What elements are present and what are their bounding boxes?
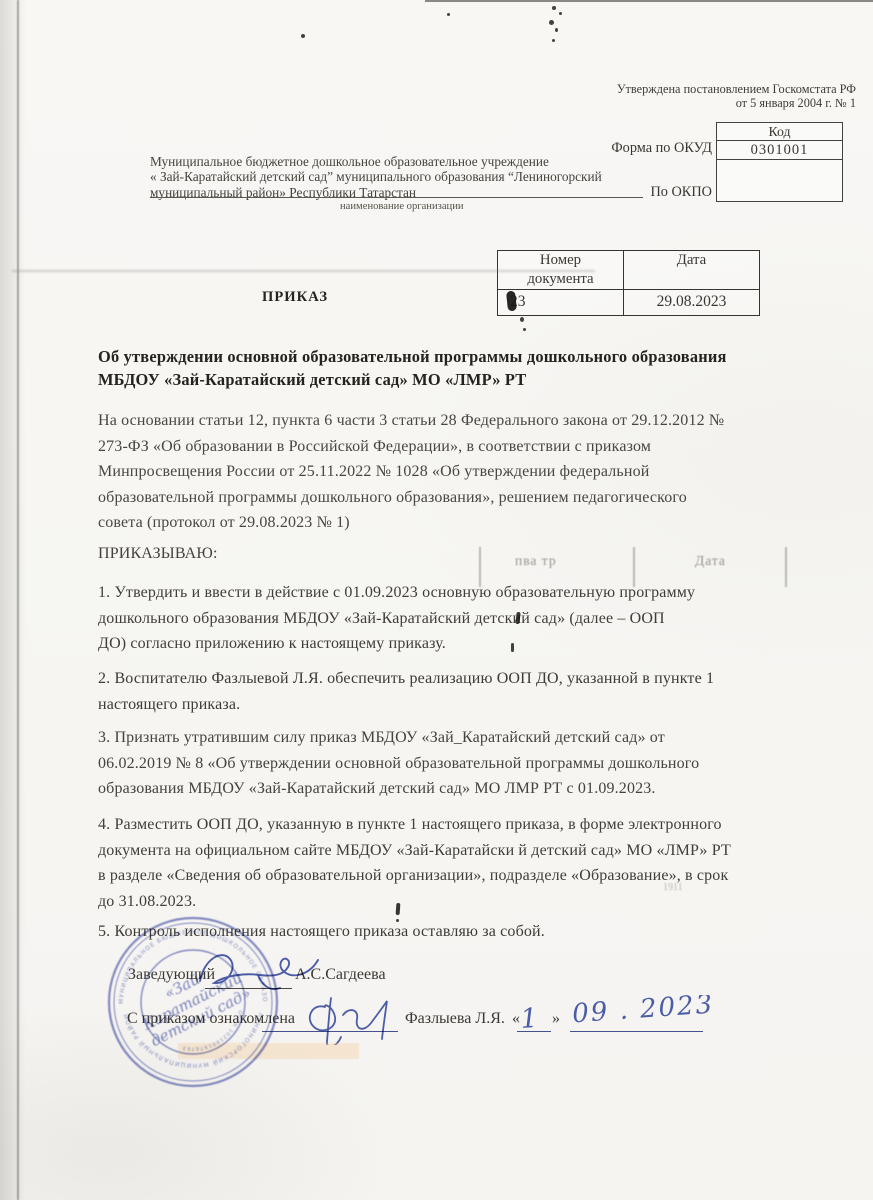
- okpo-code-cell: [717, 160, 842, 201]
- scan-edge-shading: [0, 0, 26, 1200]
- order-title-line: Об утверждении основной образовательной …: [98, 345, 828, 368]
- order-title-line: МБДОУ «Зай-Каратайский детский сад» МО «…: [98, 368, 828, 391]
- preamble-line: совета (протокол от 29.08.2023 № 1): [98, 510, 828, 536]
- organization-line: « Зай-Каратайский детский сад” муниципал…: [150, 169, 650, 184]
- order-date-header-cell: Дата: [624, 251, 759, 289]
- item-line: документа на официальном сайте МБДОУ «За…: [98, 838, 828, 864]
- official-round-stamp: МУНИЦИПАЛЬНОЕ БЮДЖЕТНОЕ ДОШКОЛЬНОЕ ОБРАЗ…: [103, 912, 283, 1092]
- order-heading: ПРИКАЗ: [262, 289, 328, 306]
- order-item-4: 4. Разместить ООП ДО, указанную в пункте…: [98, 812, 828, 914]
- acknowledged-name: Фазлыева Л.Я.: [405, 1010, 505, 1028]
- order-table-value-row: 23 29.08.2023: [498, 290, 759, 315]
- ink-speck: [555, 28, 558, 32]
- order-number-value: 23: [498, 290, 624, 315]
- order-item-2: 2. Воспитателю Фазлыевой Л.Я. обеспечить…: [98, 666, 828, 717]
- order-number-date-table: Номер документа Дата 23 29.08.2023: [497, 250, 760, 316]
- organization-underline: [150, 197, 643, 198]
- preamble-paragraph: На основании статьи 12, пункта 6 части 3…: [98, 408, 828, 536]
- ink-speck: [301, 34, 305, 38]
- ink-blot: [506, 291, 517, 312]
- scan-top-edge: [425, 0, 873, 2]
- handwritten-date-ink: 1 09 . 2023: [515, 995, 715, 1037]
- item-line: ДО) согласно приложению к настоящему при…: [98, 631, 828, 657]
- scan-streak: [12, 270, 595, 272]
- item-line: 4. Разместить ООП ДО, указанную в пункте…: [98, 812, 828, 838]
- ghost-text-small: 1911: [663, 882, 683, 893]
- ink-speck: [447, 13, 450, 16]
- scan-edge-line: [17, 0, 19, 1200]
- approval-line: от 5 января 2004 г. № 1: [500, 96, 856, 110]
- ink-mark: [396, 903, 401, 915]
- ghost-table-line: [633, 547, 635, 587]
- handwritten-day: 1: [519, 1003, 538, 1035]
- item-line: в разделе «Сведения об образовательной о…: [98, 863, 828, 889]
- approval-note: Утверждена постановлением Госкомстата РФ…: [500, 82, 856, 110]
- handwritten-month-year: 09 . 2023: [571, 995, 715, 1029]
- acknowledgement-signature-ink: [295, 993, 405, 1045]
- item-line: образования МБДОУ «Зай-Каратайский детск…: [98, 776, 828, 802]
- document-page: Утверждена постановлением Госкомстата РФ…: [0, 0, 873, 1200]
- preamble-line: На основании статьи 12, пункта 6 части 3…: [98, 408, 828, 434]
- organization-line: Муниципальное бюджетное дошкольное образ…: [150, 154, 650, 169]
- ink-speck: [520, 317, 524, 322]
- order-item-3: 3. Признать утратившим силу приказ МБДОУ…: [98, 725, 828, 802]
- item-line: 3. Признать утратившим силу приказ МБДОУ…: [98, 725, 828, 751]
- okud-code-value: 0301001: [717, 141, 842, 160]
- ghost-text: Дата: [695, 553, 726, 569]
- ink-speck: [396, 919, 399, 922]
- okpo-label: По ОКПО: [650, 184, 712, 201]
- item-line: 2. Воспитателю Фазлыевой Л.Я. обеспечить…: [98, 666, 828, 692]
- order-date-header: Дата: [624, 251, 759, 270]
- ink-speck: [549, 20, 554, 25]
- resolution-heading: ПРИКАЗЫВАЮ:: [98, 541, 398, 567]
- code-table: Код 0301001: [716, 122, 843, 202]
- item-line: 06.02.2019 № 8 «Об утверждении основной …: [98, 751, 828, 777]
- organization-caption: наименование организации: [340, 201, 464, 212]
- preamble-line: образовательной программы дошкольного об…: [98, 485, 828, 511]
- item-line: до 31.08.2023.: [98, 889, 828, 915]
- order-title: Об утверждении основной образовательной …: [98, 345, 828, 391]
- ghost-table-line: [479, 547, 481, 587]
- approval-line: Утверждена постановлением Госкомстата РФ: [500, 82, 856, 96]
- ink-speck: [552, 6, 556, 10]
- code-table-header: Код: [717, 123, 842, 141]
- item-line: дошкольного образования МБДОУ «Зай-Карат…: [98, 606, 828, 632]
- preamble-line: Минпросвещения России от 25.11.2022 № 10…: [98, 459, 828, 485]
- ink-mark: [511, 643, 514, 652]
- order-item-1: 1. Утвердить и ввести в действие с 01.09…: [98, 580, 828, 657]
- ink-speck: [552, 39, 555, 42]
- ink-speck: [559, 12, 562, 15]
- ink-speck: [523, 328, 526, 331]
- ghost-text: пва тр: [515, 553, 557, 569]
- ghost-table-line: [785, 547, 787, 587]
- item-line: настоящего приказа.: [98, 692, 828, 718]
- preamble-line: 273-ФЗ «Об образовании в Российской Феде…: [98, 434, 828, 460]
- order-date-value: 29.08.2023: [624, 290, 759, 315]
- item-line: 1. Утвердить и ввести в действие с 01.09…: [98, 580, 828, 606]
- organization-name: Муниципальное бюджетное дошкольное образ…: [150, 154, 650, 200]
